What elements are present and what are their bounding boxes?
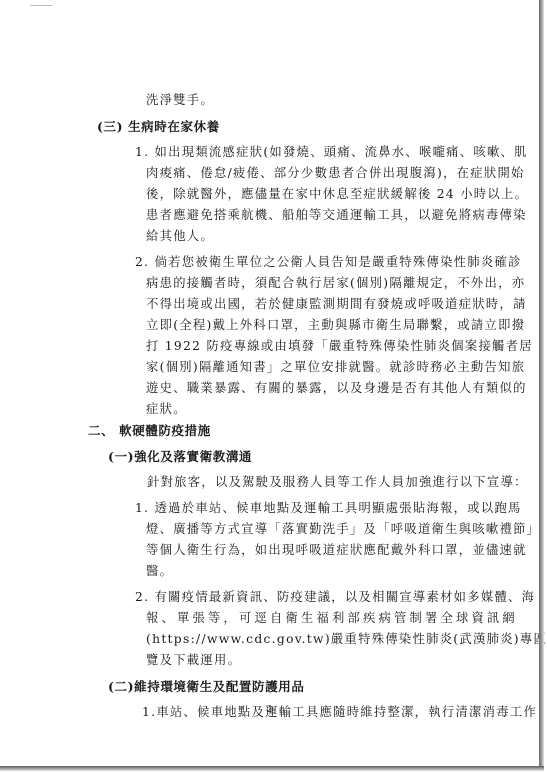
item-line: 等個人衛生行為，如出現呼吸道症狀應配戴外科口罩，並儘速就	[0, 540, 539, 561]
item-line: 後，除就醫外，應儘量在家中休息至症狀緩解後 24 小時以上。	[0, 184, 539, 205]
item-line: 2. 有關疫情最新資訊、防疫建議，以及相關宣導素材如多媒體、海	[0, 587, 539, 608]
item-line: 病患的接觸者時，須配合執行居家(個別)隔離規定，不外出，亦	[0, 273, 539, 294]
section-heading-2-prevention-measures: 二、 軟硬體防疫措施	[0, 420, 539, 441]
item-line: 覽及下載運用。	[0, 650, 539, 671]
subheading-2-environment-hygiene: (二)維持環境衛生及配置防護用品	[0, 676, 539, 697]
subheading-3-rest-at-home: (三) 生病時在家休養	[0, 116, 539, 137]
list-item-2-contact-isolation: 2. 倘若您被衛生單位之公衛人員告知是嚴重特殊傳染性肺炎確診 病患的接觸者時，須…	[0, 252, 539, 420]
page-shadow-bottom	[0, 766, 544, 771]
subheading-1-health-education: (一)強化及落實衛教溝通	[0, 446, 539, 467]
list-item-2-cdc-resources: 2. 有關疫情最新資訊、防疫建議，以及相關宣導素材如多媒體、海 報、單張等，可逕…	[0, 587, 539, 671]
item-line: 報、單張等，可逕自衛生福利部疾病管制署全球資訊網	[0, 608, 539, 629]
item-line: 燈、廣播等方式宣導「落實勤洗手」及「呼吸道衛生與咳嗽禮節」	[0, 519, 539, 540]
intro-text: 針對旅客，以及駕駛及服務人員等工作人員加強進行以下宣導：	[0, 472, 539, 493]
item-line: 不得出境或出國，若於健康監測期間有發燒或呼吸道症狀時，請	[0, 294, 539, 315]
page-shadow-right	[539, 0, 544, 768]
continuation-text: 洗淨雙手。	[0, 90, 539, 111]
page-content: 洗淨雙手。 (三) 生病時在家休養 1. 如出現類流感症狀(如發燒、頭痛、流鼻水…	[0, 90, 539, 723]
item-line: 1. 透過於車站、候車地點及運輸工具明顯處張貼海報，或以跑馬	[0, 498, 539, 519]
item-line: 遊史、職業暴露、有關的暴露，以及身邊是否有其他人有類似的	[0, 378, 539, 399]
item-line: 肉痠痛、倦怠/疲倦、部分少數患者合併出現腹瀉)，在症狀開始	[0, 163, 539, 184]
document-page: 洗淨雙手。 (三) 生病時在家休養 1. 如出現類流感症狀(如發燒、頭痛、流鼻水…	[0, 0, 539, 766]
item-line: 患者應避免搭乘航機、船舶等交通運輸工具，以避免將病毒傳染	[0, 205, 539, 226]
list-item-1-posters-broadcast: 1. 透過於車站、候車地點及運輸工具明顯處張貼海報，或以跑馬 燈、廣播等方式宣導…	[0, 498, 539, 582]
scan-mark	[30, 5, 52, 6]
item-line: 給其他人。	[0, 226, 539, 247]
list-item-1-flu-symptoms: 1. 如出現類流感症狀(如發燒、頭痛、流鼻水、喉嚨痛、咳嗽、肌 肉痠痛、倦怠/疲…	[0, 142, 539, 247]
cdc-url-line: (https://www.cdc.gov.tw)嚴重特殊傳染性肺炎(武漢肺炎)專…	[0, 629, 539, 650]
item-line: 2. 倘若您被衛生單位之公衛人員告知是嚴重特殊傳染性肺炎確診	[0, 252, 539, 273]
item-line: 1. 如出現類流感症狀(如發燒、頭痛、流鼻水、喉嚨痛、咳嗽、肌	[0, 142, 539, 163]
item-line: 症狀。	[0, 399, 539, 420]
item-line: 立即(全程)戴上外科口罩，主動與縣市衛生局聯繫，或請立即撥	[0, 315, 539, 336]
item-line: 打 1922 防疫專線或由填發「嚴重特殊傳染性肺炎個案接觸者居	[0, 336, 539, 357]
item-line: 醫。	[0, 561, 539, 582]
page-number: 2	[0, 703, 539, 715]
item-line: 家(個別)隔離通知書」之單位安排就醫。就診時務必主動告知旅	[0, 357, 539, 378]
